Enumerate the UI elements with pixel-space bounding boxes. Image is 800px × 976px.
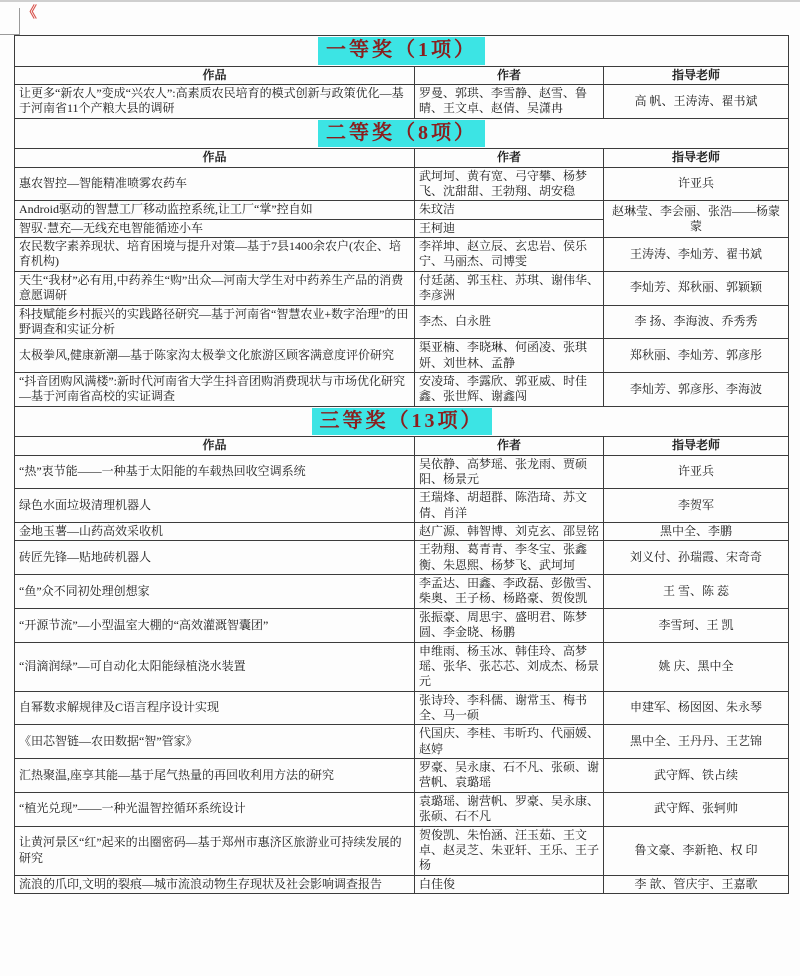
table-row: 天生“我材”必有用,中药养生“购”出众—河南大学生对中药养生产品的消费意愿调研付… bbox=[15, 271, 789, 305]
authors-cell: 付廷菡、郭玉柱、苏琪、谢伟华、李彦洲 bbox=[415, 271, 604, 305]
table-row: “开源节流”—小型温室大棚的“高效灌溉智囊团”张振豪、周思宇、盛明君、陈梦圆、李… bbox=[15, 608, 789, 642]
work-cell: 绿色水面垃圾清理机器人 bbox=[15, 489, 415, 523]
table-row: 惠农智控—智能精准喷雾农药车武坷坷、黄有宽、弓守攀、杨梦飞、沈甜甜、王勃翔、胡安… bbox=[15, 167, 789, 201]
section-band-cell: 一等奖（1项） bbox=[15, 36, 789, 67]
authors-cell: 吴依静、高梦瑶、张龙雨、贾硕阳、杨景元 bbox=[415, 455, 604, 489]
table-row: Android驱动的智慧工厂移动监控系统,让工厂“掌”控自如朱玟洁赵琳莹、李会丽… bbox=[15, 201, 789, 219]
teachers-cell: 许亚兵 bbox=[604, 167, 789, 201]
work-cell: “开源节流”—小型温室大棚的“高效灌溉智囊团” bbox=[15, 608, 415, 642]
teachers-cell: 王 雪、陈 蕊 bbox=[604, 575, 789, 609]
section-band-cell: 三等奖（13项） bbox=[15, 406, 789, 437]
teachers-cell: 李雪珂、王 凯 bbox=[604, 608, 789, 642]
authors-cell: 张振豪、周思宇、盛明君、陈梦圆、李金晓、杨鹏 bbox=[415, 608, 604, 642]
work-cell: “热”衷节能——一种基于太阳能的车载热回收空调系统 bbox=[15, 455, 415, 489]
column-header-row: 作品作者指导老师 bbox=[15, 66, 789, 84]
work-cell: Android驱动的智慧工厂移动监控系统,让工厂“掌”控自如 bbox=[15, 201, 415, 219]
teachers-cell: 郑秋丽、李灿芳、郭彦彤 bbox=[604, 339, 789, 373]
table-row: “热”衷节能——一种基于太阳能的车载热回收空调系统吴依静、高梦瑶、张龙雨、贾硕阳… bbox=[15, 455, 789, 489]
border-artifact-vertical bbox=[19, 8, 20, 36]
column-header-authors: 作者 bbox=[415, 66, 604, 84]
authors-cell: 贺俊凯、朱怡涵、汪玉茹、王文卓、赵灵芝、朱亚轩、王乐、王子杨 bbox=[415, 826, 604, 875]
teachers-cell: 许亚兵 bbox=[604, 455, 789, 489]
work-cell: 让更多“新农人”变成“兴农人”:高素质农民培育的模式创新与政策优化—基于河南省1… bbox=[15, 84, 415, 118]
work-cell: 惠农智控—智能精准喷雾农药车 bbox=[15, 167, 415, 201]
work-cell: “抖音团购风满楼”:新时代河南省大学生抖音团购消费现状与市场优化研究—基于河南省… bbox=[15, 372, 415, 406]
page-top-edge bbox=[0, 0, 800, 2]
column-header-teachers: 指导老师 bbox=[604, 437, 789, 455]
work-cell: 让黄河景区“红”起来的出圈密码—基于郑州市惠济区旅游业可持续发展的研究 bbox=[15, 826, 415, 875]
work-cell: 自幂数求解规律及C语言程序设计实现 bbox=[15, 691, 415, 725]
table-row: “抖音团购风满楼”:新时代河南省大学生抖音团购消费现状与市场优化研究—基于河南省… bbox=[15, 372, 789, 406]
teachers-cell: 李 扬、李海波、乔秀秀 bbox=[604, 305, 789, 339]
awards-table-body: 一等奖（1项）作品作者指导老师让更多“新农人”变成“兴农人”:高素质农民培育的模… bbox=[15, 36, 789, 894]
table-row: 太极拳风,健康新潮—基于陈家沟太极拳文化旅游区顾客满意度评价研究渠亚楠、李晓琳、… bbox=[15, 339, 789, 373]
authors-cell: 王柯迪 bbox=[415, 219, 604, 237]
work-cell: “鱼”众不同初处理创想家 bbox=[15, 575, 415, 609]
column-header-work: 作品 bbox=[15, 149, 415, 167]
authors-cell: 袁璐瑶、谢营帆、罗豪、吴永康、张硕、石不凡 bbox=[415, 792, 604, 826]
table-row: 砖匠先锋—贴地砖机器人王勃翔、葛青青、李冬宝、张鑫衡、朱恩熙、杨梦飞、武坷坷刘义… bbox=[15, 541, 789, 575]
section-band-row: 三等奖（13项） bbox=[15, 406, 789, 437]
table-row: “植光兑现”——一种光温智控循环系统设计袁璐瑶、谢营帆、罗豪、吴永康、张硕、石不… bbox=[15, 792, 789, 826]
authors-cell: 白佳俊 bbox=[415, 875, 604, 893]
work-cell: 天生“我材”必有用,中药养生“购”出众—河南大学生对中药养生产品的消费意愿调研 bbox=[15, 271, 415, 305]
teachers-cell: 武守辉、张轲帅 bbox=[604, 792, 789, 826]
teachers-cell: 李灿芳、郭彦彤、李海波 bbox=[604, 372, 789, 406]
teachers-cell: 武守辉、铁占续 bbox=[604, 759, 789, 793]
work-cell: 金地玉薯—山药高效采收机 bbox=[15, 523, 415, 541]
column-header-row: 作品作者指导老师 bbox=[15, 149, 789, 167]
section-title-badge: 三等奖（13项） bbox=[312, 408, 492, 436]
column-header-row: 作品作者指导老师 bbox=[15, 437, 789, 455]
section-title-badge: 一等奖（1项） bbox=[318, 37, 485, 65]
authors-cell: 王瑞烽、胡超群、陈浩琦、苏文倩、肖洋 bbox=[415, 489, 604, 523]
section-band-row: 一等奖（1项） bbox=[15, 36, 789, 67]
teachers-cell: 李灿芳、郑秋丽、郭颖颖 bbox=[604, 271, 789, 305]
teachers-cell: 刘义付、孙瑞霞、宋奇奇 bbox=[604, 541, 789, 575]
table-row: “涓滴润绿”—可自动化太阳能绿植浇水装置申维雨、杨玉冰、韩佳玲、高梦瑶、张华、张… bbox=[15, 642, 789, 691]
column-header-work: 作品 bbox=[15, 66, 415, 84]
table-row: 科技赋能乡村振兴的实践路径研究—基于河南省“智慧农业+数字治理”的田野调查和实证… bbox=[15, 305, 789, 339]
teachers-cell: 李贺军 bbox=[604, 489, 789, 523]
work-cell: 太极拳风,健康新潮—基于陈家沟太极拳文化旅游区顾客满意度评价研究 bbox=[15, 339, 415, 373]
table-row: 绿色水面垃圾清理机器人王瑞烽、胡超群、陈浩琦、苏文倩、肖洋李贺军 bbox=[15, 489, 789, 523]
work-cell: 农民数字素养现状、培育困境与提升对策—基于7县1400余农户(农企、培育机构) bbox=[15, 238, 415, 272]
table-row: 《田芯智链—农田数据“智”管家》代国庆、李桂、韦昕玓、代丽媛、赵婷黑中全、王丹丹… bbox=[15, 725, 789, 759]
work-cell: “涓滴润绿”—可自动化太阳能绿植浇水装置 bbox=[15, 642, 415, 691]
teachers-cell: 申建军、杨囡囡、朱永琴 bbox=[604, 691, 789, 725]
teachers-cell: 高 帆、王涛涛、翟书斌 bbox=[604, 84, 789, 118]
authors-cell: 李祥坤、赵立辰、玄忠岩、侯乐宁、马丽杰、司博雯 bbox=[415, 238, 604, 272]
work-cell: 砖匠先锋—贴地砖机器人 bbox=[15, 541, 415, 575]
table-row: 流浪的爪印,文明的裂痕—城市流浪动物生存现状及社会影响调查报告白佳俊李 歆、管庆… bbox=[15, 875, 789, 893]
table-row: 自幂数求解规律及C语言程序设计实现张诗玲、李科儒、谢常玉、梅书全、马一硕申建军、… bbox=[15, 691, 789, 725]
column-header-teachers: 指导老师 bbox=[604, 149, 789, 167]
section-band-row: 二等奖（8项） bbox=[15, 118, 789, 149]
teachers-cell: 黑中全、王丹丹、王艺锦 bbox=[604, 725, 789, 759]
section-title-badge: 二等奖（8项） bbox=[318, 120, 485, 148]
work-cell: 《田芯智链—农田数据“智”管家》 bbox=[15, 725, 415, 759]
authors-cell: 王勃翔、葛青青、李冬宝、张鑫衡、朱恩熙、杨梦飞、武坷坷 bbox=[415, 541, 604, 575]
teachers-cell: 赵琳莹、李会丽、张浩——杨蒙蒙 bbox=[604, 201, 789, 238]
section-band-cell: 二等奖（8项） bbox=[15, 118, 789, 149]
document-page: 《 一等奖（1项）作品作者指导老师让更多“新农人”变成“兴农人”:高素质农民培育… bbox=[0, 0, 800, 976]
work-cell: “植光兑现”——一种光温智控循环系统设计 bbox=[15, 792, 415, 826]
authors-cell: 渠亚楠、李晓琳、何函凌、张琪妍、刘世林、孟静 bbox=[415, 339, 604, 373]
authors-cell: 安凌琦、李露欣、郭亚威、时佳鑫、张世辉、谢鑫闯 bbox=[415, 372, 604, 406]
authors-cell: 朱玟洁 bbox=[415, 201, 604, 219]
table-row: 让更多“新农人”变成“兴农人”:高素质农民培育的模式创新与政策优化—基于河南省1… bbox=[15, 84, 789, 118]
authors-cell: 武坷坷、黄有宽、弓守攀、杨梦飞、沈甜甜、王勃翔、胡安稳 bbox=[415, 167, 604, 201]
teachers-cell: 王涛涛、李灿芳、翟书斌 bbox=[604, 238, 789, 272]
authors-cell: 罗曼、郭珙、李雪静、赵雪、鲁晴、王文卓、赵倩、吴潇冉 bbox=[415, 84, 604, 118]
authors-cell: 申维雨、杨玉冰、韩佳玲、高梦瑶、张华、张芯芯、刘成杰、杨景元 bbox=[415, 642, 604, 691]
authors-cell: 代国庆、李桂、韦昕玓、代丽媛、赵婷 bbox=[415, 725, 604, 759]
column-header-teachers: 指导老师 bbox=[604, 66, 789, 84]
authors-cell: 李杰、白永胜 bbox=[415, 305, 604, 339]
table-row: “鱼”众不同初处理创想家李孟达、田鑫、李政磊、彭傲雪、柴奥、王子杨、杨路豪、贺俊… bbox=[15, 575, 789, 609]
work-cell: 流浪的爪印,文明的裂痕—城市流浪动物生存现状及社会影响调查报告 bbox=[15, 875, 415, 893]
teachers-cell: 鲁文豪、李新艳、权 印 bbox=[604, 826, 789, 875]
authors-cell: 张诗玲、李科儒、谢常玉、梅书全、马一硕 bbox=[415, 691, 604, 725]
work-cell: 科技赋能乡村振兴的实践路径研究—基于河南省“智慧农业+数字治理”的田野调查和实证… bbox=[15, 305, 415, 339]
red-corner-mark: 《 bbox=[22, 1, 37, 22]
teachers-cell: 姚 庆、黑中全 bbox=[604, 642, 789, 691]
work-cell: 汇热聚温,座享其能—基于尾气热量的再回收利用方法的研究 bbox=[15, 759, 415, 793]
table-row: 农民数字素养现状、培育困境与提升对策—基于7县1400余农户(农企、培育机构)李… bbox=[15, 238, 789, 272]
column-header-authors: 作者 bbox=[415, 437, 604, 455]
authors-cell: 罗豪、吴永康、石不凡、张硕、谢营帆、袁璐瑶 bbox=[415, 759, 604, 793]
awards-table: 一等奖（1项）作品作者指导老师让更多“新农人”变成“兴农人”:高素质农民培育的模… bbox=[14, 35, 789, 894]
work-cell: 智驭·慧充—无线充电智能循迹小车 bbox=[15, 219, 415, 237]
table-row: 汇热聚温,座享其能—基于尾气热量的再回收利用方法的研究罗豪、吴永康、石不凡、张硕… bbox=[15, 759, 789, 793]
authors-cell: 李孟达、田鑫、李政磊、彭傲雪、柴奥、王子杨、杨路豪、贺俊凯 bbox=[415, 575, 604, 609]
teachers-cell: 李 歆、管庆宇、王嘉歌 bbox=[604, 875, 789, 893]
teachers-cell: 黑中全、李鹏 bbox=[604, 523, 789, 541]
authors-cell: 赵广源、韩智博、刘克玄、邵昱铭 bbox=[415, 523, 604, 541]
column-header-authors: 作者 bbox=[415, 149, 604, 167]
column-header-work: 作品 bbox=[15, 437, 415, 455]
table-row: 让黄河景区“红”起来的出圈密码—基于郑州市惠济区旅游业可持续发展的研究贺俊凯、朱… bbox=[15, 826, 789, 875]
table-row: 金地玉薯—山药高效采收机赵广源、韩智博、刘克玄、邵昱铭黑中全、李鹏 bbox=[15, 523, 789, 541]
